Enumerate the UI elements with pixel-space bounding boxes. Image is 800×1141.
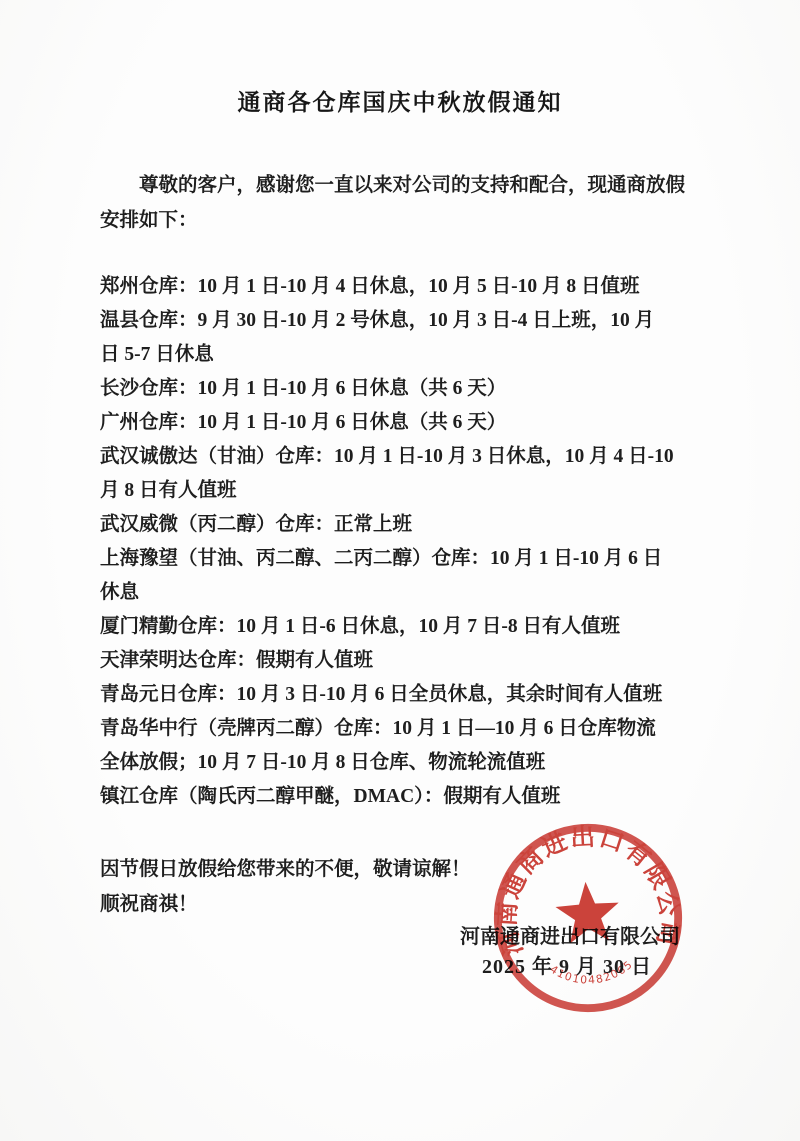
- schedule-line-tianjin: 天津荣明达仓库：假期有人值班: [100, 644, 704, 678]
- schedule-line-changsha: 长沙仓库：10 月 1 日-10 月 6 日休息（共 6 天）: [100, 372, 704, 406]
- schedule-line-wenxian-cont: 日 5-7 日休息: [100, 338, 704, 372]
- greeting-line: 顺祝商祺！: [100, 887, 700, 922]
- schedule-line-qingdao-huazhongxing-cont: 全体放假；10 月 7 日-10 月 8 日仓库、物流轮流值班: [100, 746, 704, 780]
- page-title: 通商各仓库国庆中秋放假通知: [0, 0, 800, 118]
- schedule-line-wuhan-weiwei: 武汉威微（丙二醇）仓库：正常上班: [100, 508, 704, 542]
- intro-line: 尊敬的客户，感谢您一直以来对公司的支持和配合，现通商放假: [100, 168, 700, 203]
- schedule-line-wuhan-chengaoda: 武汉诚傲达（甘油）仓库：10 月 1 日-10 月 3 日休息，10 月 4 日…: [100, 440, 704, 474]
- closing-paragraph: 因节假日放假给您带来的不便，敬请谅解！ 顺祝商祺！: [100, 852, 700, 922]
- schedule-line-wenxian: 温县仓库：9 月 30 日-10 月 2 号休息，10 月 3 日-4 日上班，…: [100, 304, 704, 338]
- schedule-line-zhengzhou: 郑州仓库：10 月 1 日-10 月 4 日休息，10 月 5 日-10 月 8…: [100, 270, 704, 304]
- schedule-line-shanghai-yuwang: 上海豫望（甘油、丙二醇、二丙二醇）仓库：10 月 1 日-10 月 6 日: [100, 542, 704, 576]
- signature-block: 河南通商进出口有限公司 2025 年 9 月 30 日: [0, 922, 800, 982]
- intro-line: 安排如下：: [100, 203, 700, 238]
- notice-document: 通商各仓库国庆中秋放假通知 尊敬的客户，感谢您一直以来对公司的支持和配合，现通商…: [0, 0, 800, 1141]
- schedule-line-guangzhou: 广州仓库：10 月 1 日-10 月 6 日休息（共 6 天）: [100, 406, 704, 440]
- schedule-line-shanghai-yuwang-cont: 休息: [100, 576, 704, 610]
- intro-paragraph: 尊敬的客户，感谢您一直以来对公司的支持和配合，现通商放假 安排如下：: [100, 168, 700, 238]
- signature-date: 2025 年 9 月 30 日: [0, 952, 800, 982]
- apology-line: 因节假日放假给您带来的不便，敬请谅解！: [100, 852, 700, 887]
- schedule-line-qingdao-yuanri: 青岛元日仓库：10 月 3 日-10 月 6 日全员休息，其余时间有人值班: [100, 678, 704, 712]
- schedule-line-wuhan-chengaoda-cont: 月 8 日有人值班: [100, 474, 704, 508]
- warehouse-schedule-list: 郑州仓库：10 月 1 日-10 月 4 日休息，10 月 5 日-10 月 8…: [100, 270, 704, 814]
- schedule-line-qingdao-huazhongxing: 青岛华中行（壳牌丙二醇）仓库：10 月 1 日—10 月 6 日仓库物流: [100, 712, 704, 746]
- schedule-line-xiamen: 厦门精勤仓库：10 月 1 日-6 日休息，10 月 7 日-8 日有人值班: [100, 610, 704, 644]
- signature-company: 河南通商进出口有限公司: [0, 922, 800, 952]
- schedule-line-zhenjiang: 镇江仓库（陶氏丙二醇甲醚，DMAC）：假期有人值班: [100, 780, 704, 814]
